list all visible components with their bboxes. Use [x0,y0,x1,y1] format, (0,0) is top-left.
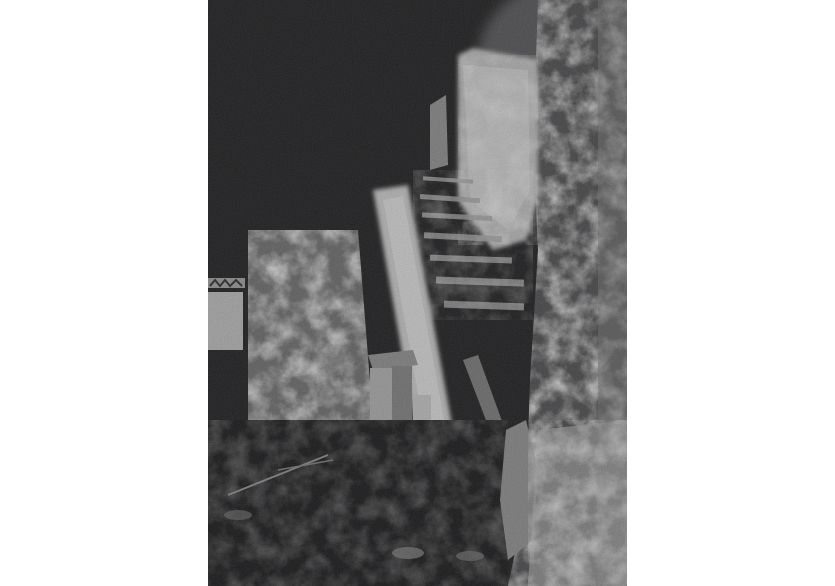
photograph-stairwell-ruin [208,0,627,586]
page [0,0,835,586]
photo-illustration [208,0,627,586]
